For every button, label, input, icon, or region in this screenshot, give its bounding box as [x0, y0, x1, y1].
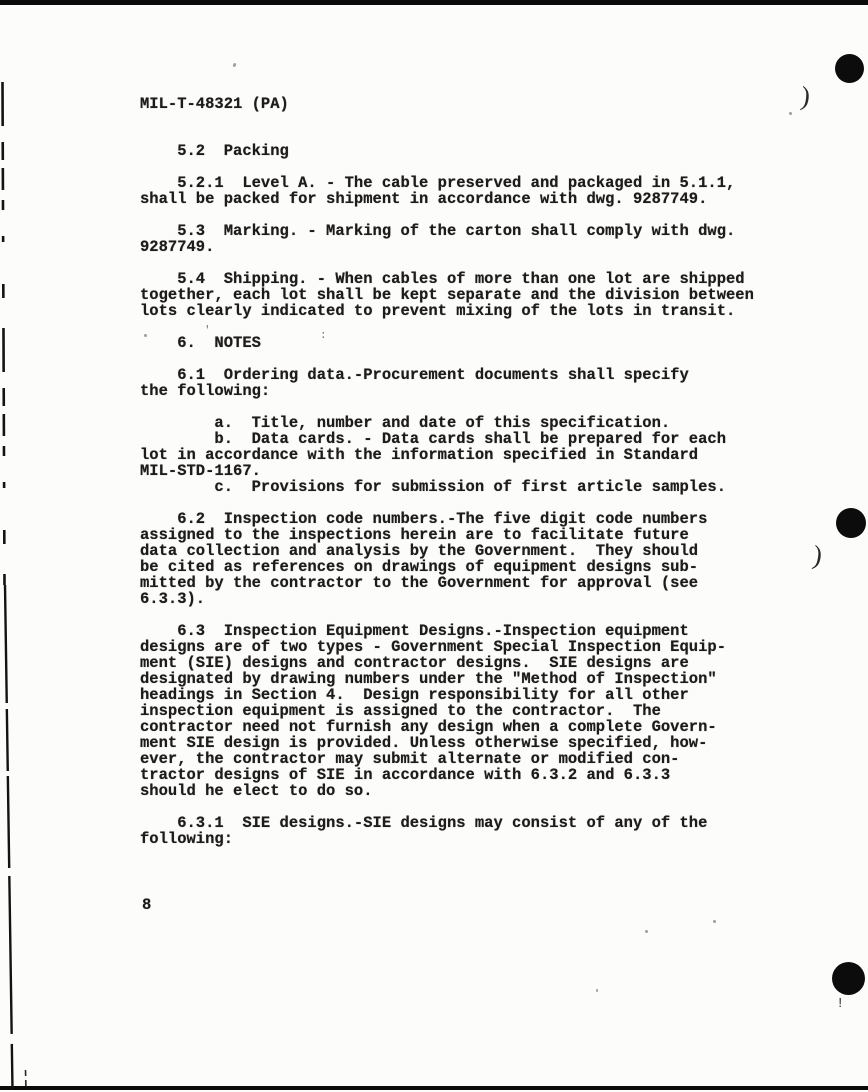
text-line: shall be packed for shipment in accordan… — [140, 191, 754, 207]
text-line: 5.3 Marking. - Marking of the carton sha… — [140, 223, 754, 239]
text-line: 5.4 Shipping. - When cables of more than… — [140, 271, 754, 287]
text-line: MIL-STD-1167. — [140, 463, 754, 479]
scan-speckle: ' — [204, 326, 211, 337]
page-number: 8 — [142, 897, 151, 913]
scan-speckle — [713, 920, 716, 923]
text-line: 5.2.1 Level A. - The cable preserved and… — [140, 175, 754, 191]
text-line — [140, 207, 754, 223]
text-line: ment SIE design is provided. Unless othe… — [140, 735, 754, 751]
text-line: 6.1 Ordering data.-Procurement documents… — [140, 367, 754, 383]
text-line: should he elect to do so. — [140, 783, 754, 799]
punch-hole-dot — [835, 54, 864, 83]
text-line — [140, 255, 754, 271]
punch-hole-dot — [832, 962, 865, 995]
scan-speckle — [789, 112, 792, 115]
scan-speckle: : — [320, 331, 327, 342]
text-line: lot in accordance with the information s… — [140, 447, 754, 463]
text-line: 6.3 Inspection Equipment Designs.-Inspec… — [140, 623, 754, 639]
text-line: 5.2 Packing — [140, 143, 754, 159]
text-line: c. Provisions for submission of first ar… — [140, 479, 754, 495]
text-line: headings in Section 4. Design responsibi… — [140, 687, 754, 703]
scan-speckle — [144, 334, 147, 337]
scanned-page: MIL-T-48321 (PA) 5.2 Packing 5.2.1 Level… — [0, 0, 868, 1092]
text-line: data collection and analysis by the Gove… — [140, 543, 754, 559]
text-line: assigned to the inspections herein are t… — [140, 527, 754, 543]
punch-hole-dot — [836, 508, 866, 538]
text-line — [140, 399, 754, 415]
text-line — [140, 159, 754, 175]
text-line: together, each lot shall be kept separat… — [140, 287, 754, 303]
scan-speckle — [645, 930, 648, 933]
text-line — [140, 607, 754, 623]
text-line: 6.3.3). — [140, 591, 754, 607]
text-line: following: — [140, 831, 754, 847]
scan-speckle — [596, 989, 598, 992]
text-line: a. Title, number and date of this specif… — [140, 415, 754, 431]
text-line: designs are of two types - Government Sp… — [140, 639, 754, 655]
text-line: mitted by the contractor to the Governme… — [140, 575, 754, 591]
text-line: inspection equipment is assigned to the … — [140, 703, 754, 719]
stray-exclamation-mark: ! — [836, 997, 844, 1011]
text-line: designated by drawing numbers under the … — [140, 671, 754, 687]
text-line — [140, 351, 754, 367]
text-line — [140, 799, 754, 815]
body-lines: 5.2 Packing 5.2.1 Level A. - The cable p… — [140, 143, 754, 847]
text-line: 6.2 Inspection code numbers.-The five di… — [140, 511, 754, 527]
text-line: b. Data cards. - Data cards shall be pre… — [140, 431, 754, 447]
text-line: 6.3.1 SIE designs.-SIE designs may consi… — [140, 815, 754, 831]
text-line: lots clearly indicated to prevent mixing… — [140, 303, 754, 319]
text-line: ever, the contractor may submit alternat… — [140, 751, 754, 767]
text-line: ment (SIE) designs and contractor design… — [140, 655, 754, 671]
text-line: the following: — [140, 383, 754, 399]
text-line: contractor need not furnish any design w… — [140, 719, 754, 735]
text-line: be cited as references on drawings of eq… — [140, 559, 754, 575]
text-line — [140, 319, 754, 335]
text-line: tractor designs of SIE in accordance wit… — [140, 767, 754, 783]
text-line: 6. NOTES — [140, 335, 754, 351]
text-line: 9287749. — [140, 239, 754, 255]
document-id-header: MIL-T-48321 (PA) — [140, 96, 289, 112]
text-line — [140, 495, 754, 511]
